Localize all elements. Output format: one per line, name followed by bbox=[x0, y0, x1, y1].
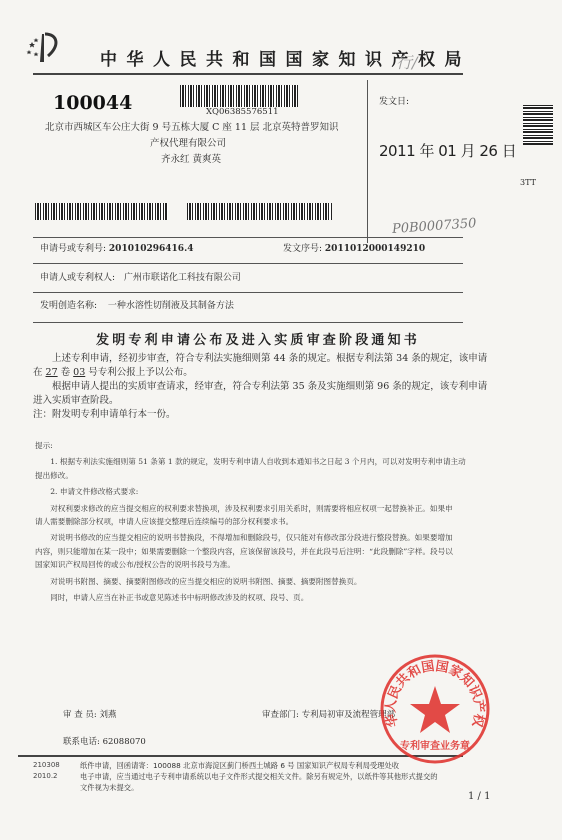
serial-number-field: 发文序号: 2011012000149210 bbox=[283, 241, 425, 254]
issue-date-value: 2011 年 01 月 26 日 bbox=[379, 140, 516, 161]
department-label: 审查部门: bbox=[262, 710, 299, 720]
barcode-left bbox=[35, 203, 168, 220]
invention-value: 一种水溶性切削液及其制备方法 bbox=[108, 301, 234, 311]
tip-line: 请人需要删除部分权项，申请人应该提交整理后连续编号的部分权利要求书。 bbox=[35, 515, 515, 528]
tip-line: 对权利要求修改的应当提交相应的权利要求替换项，涉及权利要求引用关系时，则需要将相… bbox=[35, 502, 515, 515]
form-version: 2010.2 bbox=[33, 772, 58, 780]
tip-line: 同时，申请人应当在补正书或意见陈述书中标明修改涉及的权项、段号、页。 bbox=[35, 591, 515, 604]
applicant-value: 广州市联诺化工科技有限公司 bbox=[124, 273, 241, 283]
header-divider bbox=[33, 73, 463, 75]
tip-line: 内容，则只能增加在某一段中；如果需要删除一个整段内容，应该保留该段号，并在此段号… bbox=[35, 545, 515, 558]
para1-mid: 卷 bbox=[58, 367, 74, 378]
notice-paragraph-1a: 上述专利申请，经初步审查，符合专利法实施细则第 44 条的规定。根据专利法第 3… bbox=[33, 352, 473, 366]
cnipa-logo-icon bbox=[24, 26, 64, 66]
examiner-field: 审 查 员: 刘燕 bbox=[63, 708, 117, 720]
examiner-value: 刘燕 bbox=[99, 710, 116, 720]
tips-section: 提示: 1. 根据专利法实施细则第 51 条第 1 款的规定，发明专利申请人自收… bbox=[35, 439, 515, 604]
phone-field: 联系电话: 62088070 bbox=[63, 735, 146, 747]
handwritten-mark: 行/ bbox=[396, 50, 417, 73]
invention-label: 发明创造名称: bbox=[40, 301, 97, 311]
application-number-label: 申请号或专利号: bbox=[40, 244, 106, 254]
fields-bottom-divider bbox=[33, 322, 463, 323]
official-seal-icon: 中华人民共和国国家知识产权局 专利审查业务章 bbox=[379, 653, 491, 765]
notice-paragraph-2a: 根据申请人提出的实质审查请求，经审查，符合专利法第 35 条及实施细则第 96 … bbox=[33, 380, 473, 394]
handwritten-reference: P0B0007350 bbox=[392, 216, 477, 237]
fields-top-divider bbox=[33, 237, 463, 238]
address-line-2: 产权代理有限公司 bbox=[150, 135, 226, 149]
notice-body: 上述专利申请，经初步审查，符合专利法实施细则第 44 条的规定。根据专利法第 3… bbox=[33, 352, 473, 422]
footer-text: 纸件申请，回函请寄：100088 北京市海淀区蓟门桥西土城路 6 号 国家知识产… bbox=[80, 760, 438, 793]
seal-text-bottom: 专利审查业务章 bbox=[400, 739, 470, 752]
gazette-issue: 03 bbox=[73, 367, 85, 378]
serial-number-value: 2011012000149210 bbox=[325, 244, 425, 254]
invention-field: 发明创造名称: 一种水溶性切削液及其制备方法 bbox=[40, 298, 234, 311]
footer-line-3: 文件视为未提交。 bbox=[80, 782, 438, 793]
department-field: 审查部门: 专利局初审及流程管理部 bbox=[262, 708, 395, 720]
notice-paragraph-2b: 进入实质审查阶段。 bbox=[33, 394, 473, 408]
notice-paragraph-1b: 在 27 卷 03 号专利公报上予以公布。 bbox=[33, 366, 473, 380]
tips-heading: 提示: bbox=[35, 439, 515, 452]
tip-line: 对说明书附图、摘要、摘要附图修改的应当提交相应的说明书附图、摘要、摘要附图替换页… bbox=[35, 575, 515, 588]
side-code: 3TT bbox=[520, 178, 536, 187]
fields-divider-2 bbox=[33, 292, 463, 293]
side-barcode bbox=[523, 105, 553, 145]
para1-suffix: 号专利公报上予以公布。 bbox=[85, 367, 193, 378]
phone-value: 62088070 bbox=[103, 737, 146, 747]
applicant-label: 申请人或专利权人: bbox=[40, 273, 115, 283]
serial-number-label: 发文序号: bbox=[283, 244, 322, 254]
examiner-label: 审 查 员: bbox=[63, 710, 97, 720]
issue-date-label: 发文日: bbox=[379, 94, 409, 107]
tip-line: 对说明书修改的应当提交相应的说明书替换段，不得增加和删除段号，仅只能对有修改部分… bbox=[35, 531, 515, 544]
tip-line: 1. 根据专利法实施细则第 51 条第 1 款的规定，发明专利申请人自收到本通知… bbox=[35, 455, 515, 468]
tip-line: 国家知识产权局回传的或公布/授权公告的说明书段号为准。 bbox=[35, 558, 515, 571]
application-number-field: 申请号或专利号: 201010296416.4 bbox=[40, 241, 193, 254]
fields-divider-1 bbox=[33, 263, 463, 264]
date-column-divider bbox=[367, 80, 368, 243]
notice-note: 注：附发明专利申请单行本一份。 bbox=[33, 408, 473, 422]
address-line-1: 北京市西城区车公庄大街 9 号五栋大厦 C 座 11 层 北京英特普罗知识 bbox=[45, 119, 339, 133]
tip-line: 2. 申请文件修改格式要求: bbox=[35, 485, 515, 498]
recipients: 齐永红 黄爽英 bbox=[161, 151, 221, 165]
notice-title: 发明专利申请公布及进入实质审查阶段通知书 bbox=[96, 329, 420, 348]
application-number-value: 201010296416.4 bbox=[109, 244, 194, 254]
barcode-right bbox=[187, 203, 332, 220]
phone-label: 联系电话: bbox=[63, 737, 100, 747]
address-barcode bbox=[180, 85, 298, 107]
gazette-volume: 27 bbox=[46, 367, 58, 378]
applicant-field: 申请人或专利权人: 广州市联诺化工科技有限公司 bbox=[40, 270, 241, 283]
postal-code: 100044 bbox=[53, 92, 132, 114]
barcode-number: XQ06385576511 bbox=[206, 107, 279, 117]
footer-line-2: 电子申请，应当通过电子专利申请系统以电子文件形式提交相关文件。除另有规定外，以纸… bbox=[80, 771, 438, 782]
form-code: 210308 bbox=[33, 761, 60, 769]
page-number: 1 / 1 bbox=[468, 791, 490, 802]
footer-line-1: 纸件申请，回函请寄：100088 北京市海淀区蓟门桥西土城路 6 号 国家知识产… bbox=[80, 760, 438, 771]
para1-prefix: 在 bbox=[33, 367, 46, 378]
tip-line: 提出修改。 bbox=[35, 469, 515, 482]
